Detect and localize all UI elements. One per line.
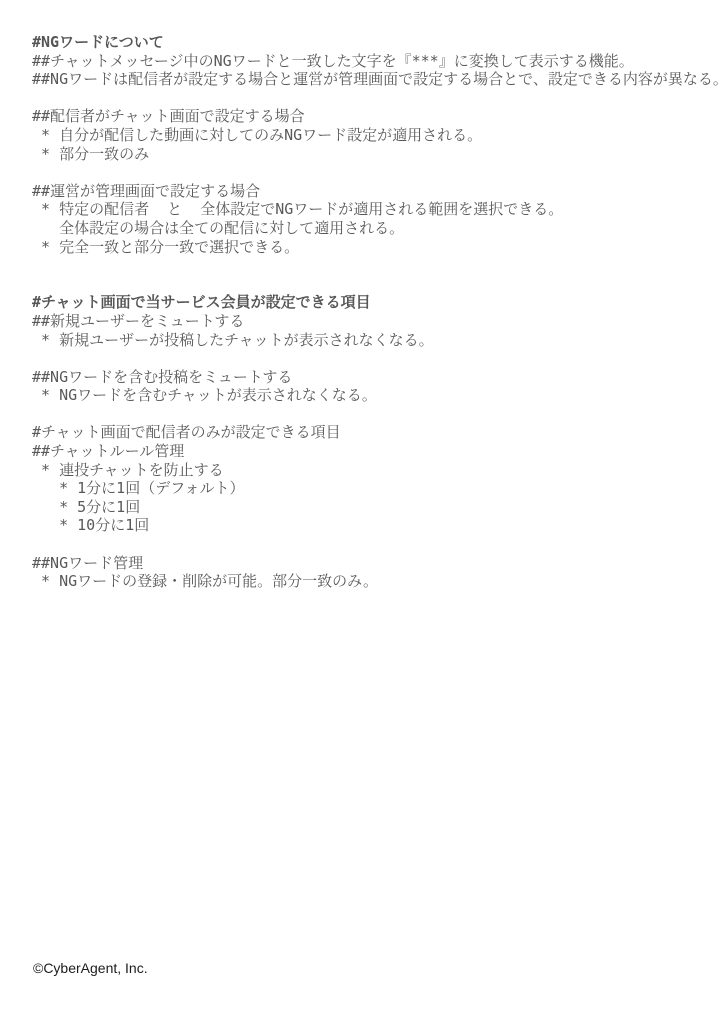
text-line: ##チャットルール管理: [32, 442, 722, 461]
text-line: ##NGワードは配信者が設定する場合と運営が管理画面で設定する場合とで、設定でき…: [32, 70, 722, 89]
text-line: [32, 163, 722, 182]
copyright-text: ©CyberAgent, Inc.: [33, 960, 148, 976]
text-line: * NGワードの登録・削除が可能。部分一致のみ。: [32, 572, 722, 591]
text-line: * NGワードを含むチャットが表示されなくなる。: [32, 386, 722, 405]
text-line: 全体設定の場合は全ての配信に対して適用される。: [32, 219, 722, 238]
text-line: [32, 89, 722, 108]
text-line: * 新規ユーザーが投稿したチャットが表示されなくなる。: [32, 331, 722, 350]
text-line: #チャット画面で配信者のみが設定できる項目: [32, 423, 722, 442]
text-line: * 5分に1回: [32, 498, 722, 517]
document-text: #NGワードについて##チャットメッセージ中のNGワードと一致した文字を『***…: [32, 33, 722, 591]
text-line: ##NGワード管理: [32, 554, 722, 573]
text-line: * 特定の配信者 と 全体設定でNGワードが適用される範囲を選択できる。: [32, 200, 722, 219]
text-line: * 連投チャットを防止する: [32, 461, 722, 480]
document-page: #NGワードについて##チャットメッセージ中のNGワードと一致した文字を『***…: [0, 0, 724, 1024]
text-line: ##運営が管理画面で設定する場合: [32, 182, 722, 201]
heading-line: #NGワードについて: [32, 33, 722, 52]
text-line: * 完全一致と部分一致で選択できる。: [32, 238, 722, 257]
text-line: ##チャットメッセージ中のNGワードと一致した文字を『***』に変換して表示する…: [32, 52, 722, 71]
text-line: * 10分に1回: [32, 516, 722, 535]
text-line: ##NGワードを含む投稿をミュートする: [32, 368, 722, 387]
text-line: [32, 256, 722, 275]
text-line: [32, 535, 722, 554]
text-line: * 自分が配信した動画に対してのみNGワード設定が適用される。: [32, 126, 722, 145]
text-line: * 1分に1回（デフォルト）: [32, 479, 722, 498]
text-line: * 部分一致のみ: [32, 145, 722, 164]
text-line: ##新規ユーザーをミュートする: [32, 312, 722, 331]
text-line: [32, 349, 722, 368]
text-line: [32, 405, 722, 424]
text-line: ##配信者がチャット画面で設定する場合: [32, 107, 722, 126]
heading-line: #チャット画面で当サービス会員が設定できる項目: [32, 293, 722, 312]
text-line: [32, 275, 722, 294]
